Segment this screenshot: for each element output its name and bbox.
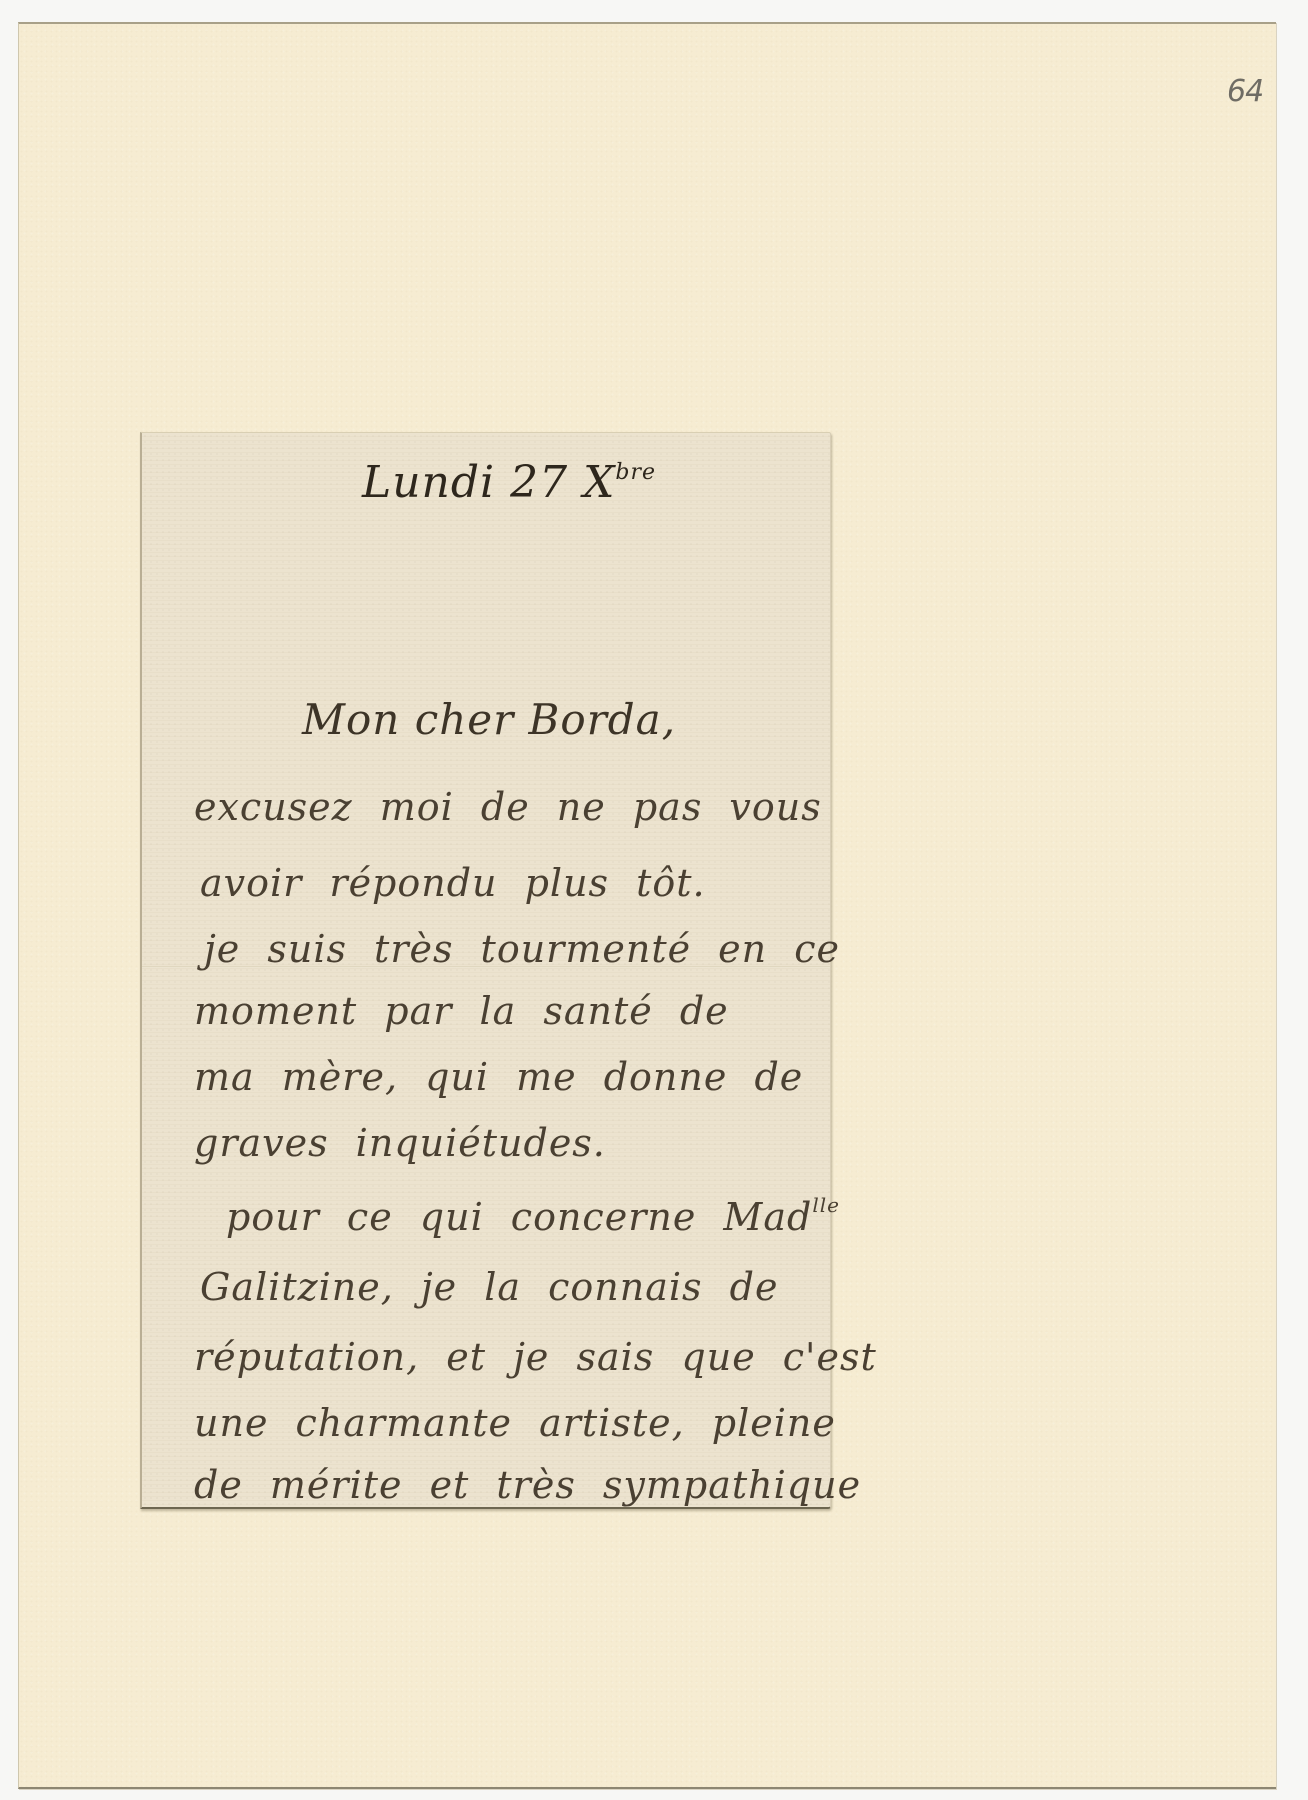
body-line-3: je suis très tourmenté en ce [204,927,840,971]
body-line-9: réputation, et je sais que c'est [194,1335,877,1379]
body-line-11: de mérite et très sympathique [194,1463,861,1507]
folio-number: 64 [1227,74,1263,109]
body-line-6: graves inquiétudes. [194,1121,606,1165]
body-line-7: pour ce qui concerne Madlle [226,1193,840,1239]
date-line: Lundi 27 Xbre [362,457,656,508]
body-line-7-text: pour ce qui concerne Mad [226,1195,812,1239]
body-line-7-superscript: lle [812,1193,840,1217]
body-line-4: moment par la santé de [194,989,729,1033]
salutation: Mon cher Borda, [302,695,676,744]
letter-sheet: Lundi 27 Xbre Mon cher Borda, excusez mo… [140,432,831,1509]
body-line-5: ma mère, qui me donne de [194,1055,803,1099]
body-line-2: avoir répondu plus tôt. [200,861,706,905]
date-text: Lundi 27 X [362,457,615,508]
body-line-1: excusez moi de ne pas vous [194,785,822,829]
date-superscript: bre [615,460,656,485]
body-line-10: une charmante artiste, pleine [194,1401,836,1445]
body-line-8: Galitzine, je la connais de [200,1265,778,1309]
